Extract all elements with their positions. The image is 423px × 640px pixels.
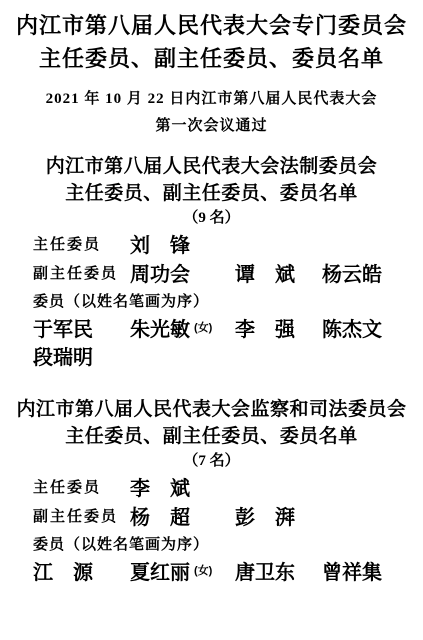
document-title-line2: 主任委员、副主任委员、委员名单: [0, 42, 423, 75]
section-heading: 内江市第八届人民代表大会监察和司法委员会 主任委员、副主任委员、委员名单: [0, 396, 423, 450]
member-cell: 江 源: [33, 556, 130, 585]
adoption-note: 2021 年 10 月 22 日内江市第八届人民代表大会 第一次会议通过: [0, 86, 423, 140]
chair-row: 主任委员 李 斌: [0, 472, 423, 501]
member-row: 江 源 夏红丽 (女) 唐卫东 曾祥集: [0, 556, 423, 584]
member-cell: 朱光敏 (女): [130, 313, 235, 342]
member-cell: 李 强: [235, 313, 322, 342]
vice-chair-name: 杨云皓: [322, 258, 423, 287]
vice-chair-name: 彭 湃: [235, 501, 322, 530]
section-heading-line2: 主任委员、副主任委员、委员名单: [0, 180, 423, 207]
member-name: 朱光敏: [130, 313, 190, 342]
member-cell: 陈杰文: [322, 313, 423, 342]
member-name: 曾祥集: [322, 556, 382, 585]
section-heading-line2: 主任委员、副主任委员、委员名单: [0, 423, 423, 450]
member-name: 陈杰文: [322, 313, 382, 342]
chair-row: 主任委员 刘 锋: [0, 229, 423, 258]
member-row: 段瑞明: [0, 341, 423, 369]
vice-chair-name: 周功会: [130, 258, 235, 287]
member-row: 于军民 朱光敏 (女) 李 强 陈杰文: [0, 313, 423, 341]
members-label: 委员（以姓名笔画为序）: [0, 530, 423, 556]
member-name: 唐卫东: [235, 556, 295, 585]
gender-note: (女): [194, 319, 212, 335]
vice-chair-row: 副主任委员 杨 超 彭 湃: [0, 501, 423, 530]
chair-name: 刘 锋: [130, 229, 235, 258]
member-name: 夏红丽: [130, 556, 190, 585]
adoption-note-line1: 2021 年 10 月 22 日内江市第八届人民代表大会: [0, 86, 423, 113]
section-heading-line1: 内江市第八届人民代表大会法制委员会: [0, 153, 423, 180]
adoption-note-line2: 第一次会议通过: [0, 113, 423, 140]
member-count: （7 名）: [0, 450, 423, 472]
member-count: （9 名）: [0, 207, 423, 229]
document-title: 内江市第八届人民代表大会专门委员会 主任委员、副主任委员、委员名单: [0, 0, 423, 75]
member-cell: 段瑞明: [33, 341, 130, 370]
chair-label: 主任委员: [33, 233, 130, 254]
member-name: 李 强: [235, 313, 295, 342]
member-cell: 曾祥集: [322, 556, 423, 585]
member-cell: 夏红丽 (女): [130, 556, 235, 585]
section-supervisory-judicial-committee: 内江市第八届人民代表大会监察和司法委员会 主任委员、副主任委员、委员名单 （7 …: [0, 396, 423, 584]
section-heading: 内江市第八届人民代表大会法制委员会 主任委员、副主任委员、委员名单: [0, 153, 423, 207]
vice-chair-name: 杨 超: [130, 501, 235, 530]
member-cell: 于军民: [33, 313, 130, 342]
gender-note: (女): [194, 562, 212, 578]
chair-name: 李 斌: [130, 472, 235, 501]
members-label: 委员（以姓名笔画为序）: [0, 287, 423, 313]
vice-chair-row: 副主任委员 周功会 谭 斌 杨云皓: [0, 258, 423, 287]
vice-chair-label: 副主任委员: [33, 262, 130, 283]
vice-chair-name: 谭 斌: [235, 258, 322, 287]
section-legal-committee: 内江市第八届人民代表大会法制委员会 主任委员、副主任委员、委员名单 （9 名） …: [0, 153, 423, 369]
section-heading-line1: 内江市第八届人民代表大会监察和司法委员会: [0, 396, 423, 423]
member-cell: 唐卫东: [235, 556, 322, 585]
member-name: 于军民: [33, 313, 93, 342]
vice-chair-label: 副主任委员: [33, 505, 130, 526]
member-name: 江 源: [33, 556, 93, 585]
chair-label: 主任委员: [33, 476, 130, 497]
member-name: 段瑞明: [33, 341, 93, 370]
document-title-line1: 内江市第八届人民代表大会专门委员会: [0, 9, 423, 42]
document-page: 内江市第八届人民代表大会专门委员会 主任委员、副主任委员、委员名单 2021 年…: [0, 0, 423, 640]
